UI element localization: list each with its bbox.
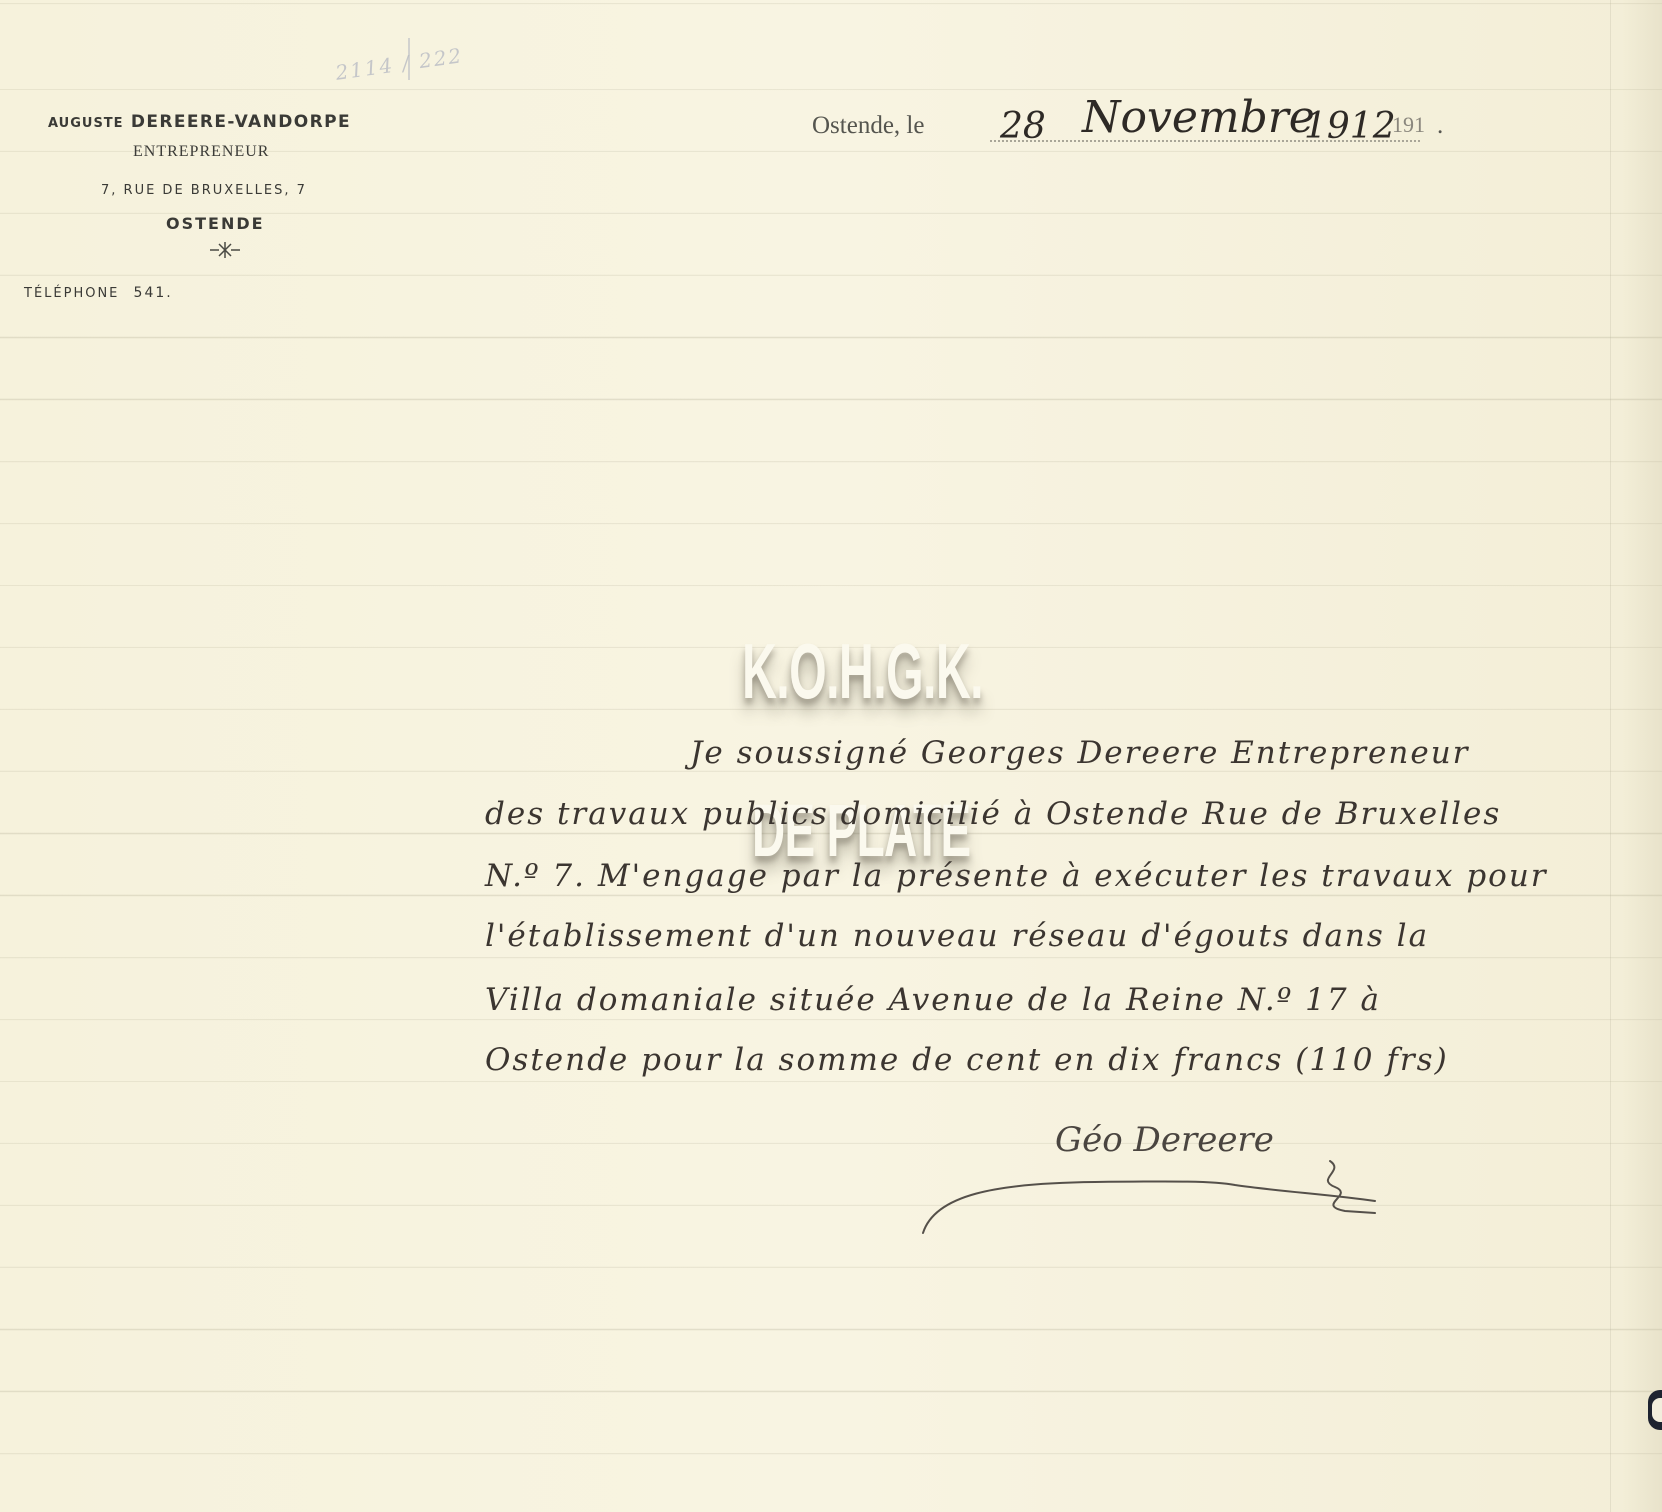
phone-number: 541. bbox=[134, 285, 173, 301]
dateline-month: Novembre bbox=[1082, 92, 1315, 143]
letterhead-city: OSTENDE bbox=[166, 214, 265, 233]
body-line: Ostende pour la somme de cent en dix fra… bbox=[485, 1042, 1449, 1078]
body-line: Je soussigné Georges Dereere Entrepreneu… bbox=[690, 735, 1470, 771]
right-margin-rule bbox=[1610, 0, 1611, 1512]
edge-clip-mark bbox=[1648, 1390, 1662, 1430]
dateline-printed-year: 191 bbox=[1392, 112, 1425, 138]
letterhead-name: Auguste DEREERE-VANDORPE bbox=[48, 112, 351, 132]
watermark-top: K.O.H.G.K. bbox=[742, 626, 983, 717]
phone-label: TÉLÉPHONE bbox=[24, 286, 119, 301]
body-line: des travaux publics domicilié à Ostende … bbox=[485, 796, 1501, 832]
dateline-end-mark: . bbox=[1437, 112, 1443, 140]
body-line: l'établissement d'un nouveau réseau d'ég… bbox=[485, 918, 1429, 954]
letterhead-phone: TÉLÉPHONE 541. bbox=[24, 285, 173, 301]
letterhead-name-main: DEREERE-VANDORPE bbox=[131, 112, 351, 132]
letterhead-address: 7, RUE DE BRUXELLES, 7 bbox=[101, 183, 307, 198]
signature: Géo Dereere bbox=[1055, 1120, 1274, 1160]
letterhead-name-prefix: Auguste bbox=[48, 116, 124, 131]
dateline-day: 28 bbox=[1000, 106, 1046, 147]
ornament-icon bbox=[210, 241, 240, 264]
dateline-place: Ostende, le bbox=[812, 112, 924, 140]
letterhead-title: ENTREPRENEUR bbox=[133, 143, 269, 161]
body-line: Villa domaniale située Avenue de la Rein… bbox=[485, 982, 1381, 1018]
paper-edge-shading bbox=[1622, 0, 1662, 1512]
body-line: N.º 7. M'engage par la présente à exécut… bbox=[485, 858, 1548, 894]
signature-flourish bbox=[915, 1155, 1395, 1245]
dateline: Ostende, le 28 Novembre 1912 191 . bbox=[812, 100, 1452, 144]
dateline-year: 1912 bbox=[1304, 106, 1396, 147]
